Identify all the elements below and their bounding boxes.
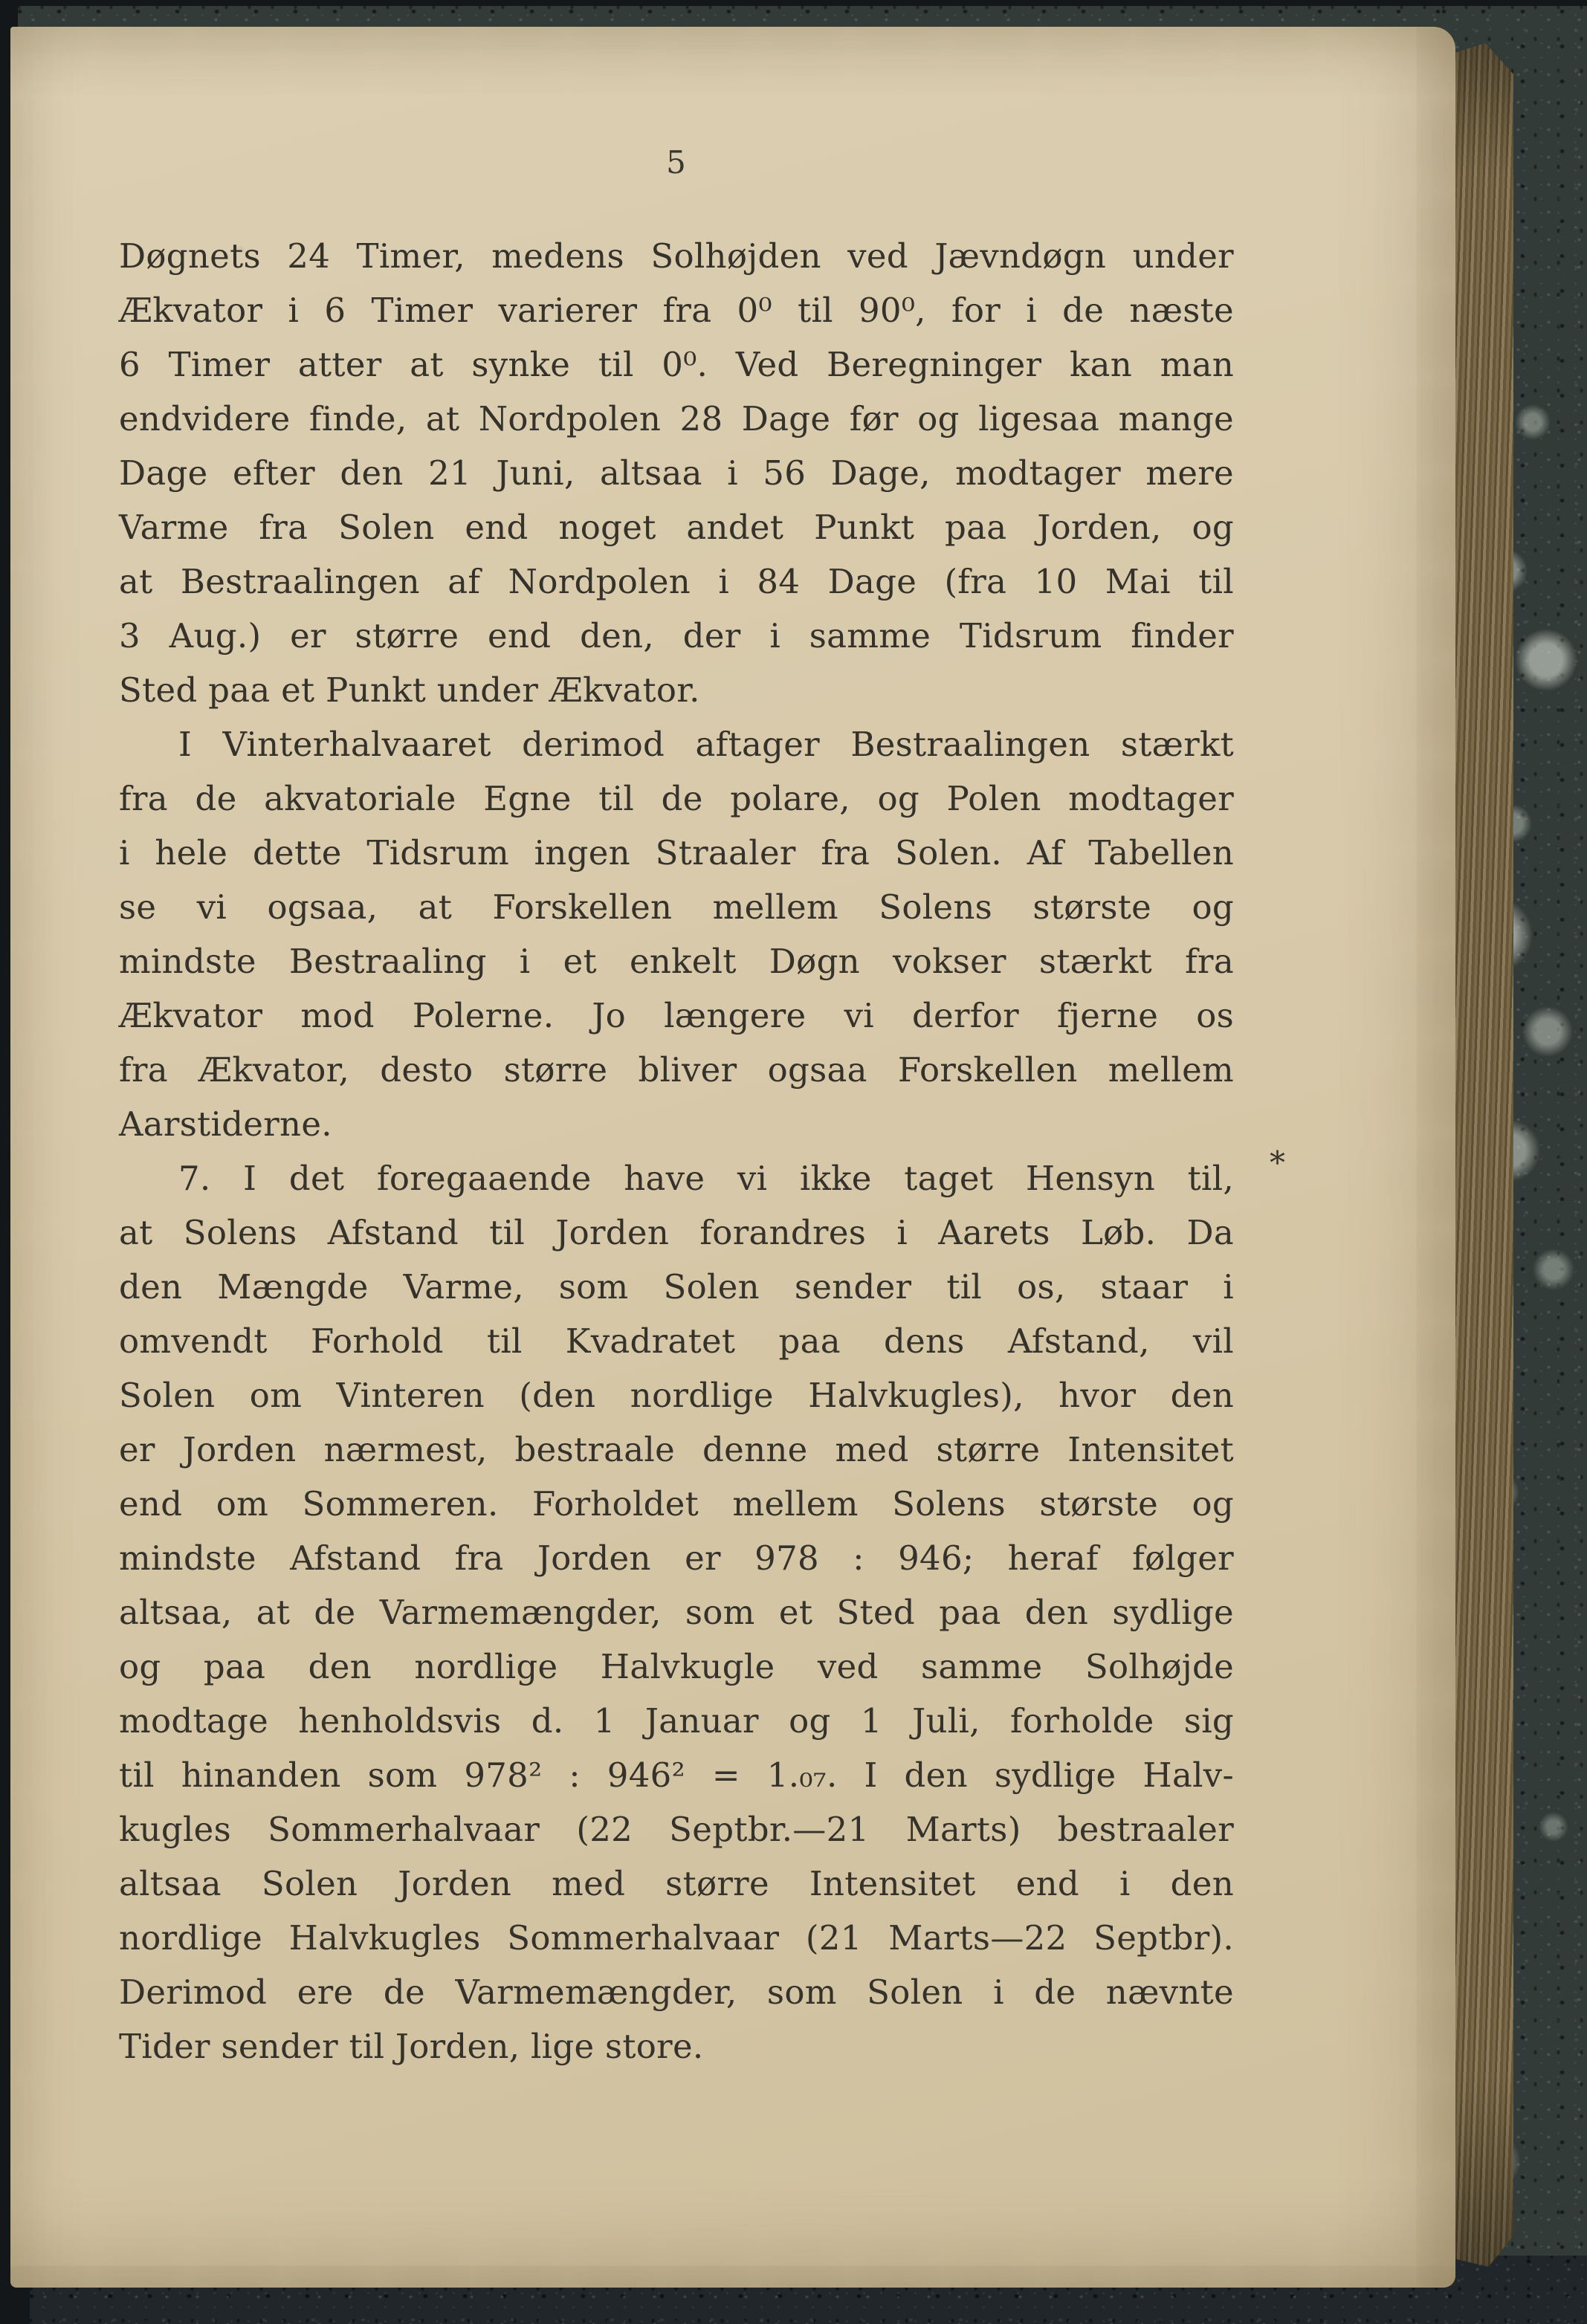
- text-line: den Mængde Varme, som Solen sender til o…: [119, 1260, 1234, 1314]
- text-line: 7. I det foregaaende have vi ikke taget …: [119, 1151, 1234, 1205]
- text-line: Ækvator mod Polerne. Jo længere vi derfo…: [119, 988, 1234, 1043]
- text-line: fra de akvatoriale Egne til de polare, o…: [119, 771, 1234, 826]
- text-line: end om Sommeren. Forholdet mellem Solens…: [119, 1477, 1234, 1531]
- text-line: Ækvator i 6 Timer varierer fra 0⁰ til 90…: [119, 283, 1234, 337]
- text-line: altsaa Solen Jorden med større Intensite…: [119, 1857, 1234, 1911]
- text-line: Solen om Vinteren (den nordlige Halvkugl…: [119, 1368, 1234, 1422]
- text-line: til hinanden som 978² : 946² = 1.₀₇. I d…: [119, 1748, 1234, 1802]
- text-line: Tider sender til Jorden, lige store.: [119, 2019, 1234, 2074]
- text-line: Sted paa et Punkt under Ækvator.: [119, 663, 1234, 717]
- text-line: 3 Aug.) er større end den, der i samme T…: [119, 609, 1234, 663]
- text-line: endvidere finde, at Nordpolen 28 Dage fø…: [119, 392, 1234, 446]
- text-line: I Vinterhalvaaret derimod aftager Bestra…: [119, 717, 1234, 771]
- text-line: mindste Bestraaling i et enkelt Døgn vok…: [119, 934, 1234, 988]
- text-line: Derimod ere de Varmemængder, som Solen i…: [119, 1965, 1234, 2019]
- text-line: 6 Timer atter at synke til 0⁰. Ved Bereg…: [119, 337, 1234, 392]
- page-number: 5: [119, 144, 1234, 181]
- text-line: at Bestraalingen af Nordpolen i 84 Dage …: [119, 554, 1234, 609]
- book-scan: 5 Døgnets 24 Timer, medens Solhøjden ved…: [0, 0, 1587, 2324]
- text-line: altsaa, at de Varmemængder, som et Sted …: [119, 1585, 1234, 1640]
- page-edge-stack: [1451, 43, 1513, 2276]
- text-line: kugles Sommerhalvaar (22 Septbr.—21 Mart…: [119, 1802, 1234, 1857]
- text-line: Døgnets 24 Timer, medens Solhøjden ved J…: [119, 229, 1234, 283]
- text-line: nordlige Halvkugles Sommerhalvaar (21 Ma…: [119, 1911, 1234, 1965]
- text-line: se vi ogsaa, at Forskellen mellem Solens…: [119, 880, 1234, 934]
- text-line: omvendt Forhold til Kvadratet paa dens A…: [119, 1314, 1234, 1368]
- text-line: mindste Afstand fra Jorden er 978 : 946;…: [119, 1531, 1234, 1585]
- text-line: Dage efter den 21 Juni, altsaa i 56 Dage…: [119, 446, 1234, 500]
- margin-asterisk: *: [1270, 1145, 1285, 1181]
- text-line: Aarstiderne.: [119, 1097, 1234, 1151]
- text-line: at Solens Afstand til Jorden forandres i…: [119, 1205, 1234, 1260]
- text-line: er Jorden nærmest, bestraale denne med s…: [119, 1422, 1234, 1477]
- text-block: Døgnets 24 Timer, medens Solhøjden ved J…: [119, 229, 1234, 2074]
- text-line: Varme fra Solen end noget andet Punkt pa…: [119, 500, 1234, 554]
- text-line: i hele dette Tidsrum ingen Straaler fra …: [119, 826, 1234, 880]
- text-line: modtage henholdsvis d. 1 Januar og 1 Jul…: [119, 1694, 1234, 1748]
- text-line: og paa den nordlige Halvkugle ved samme …: [119, 1640, 1234, 1694]
- text-line: fra Ækvator, desto større bliver ogsaa F…: [119, 1043, 1234, 1097]
- book-page: 5 Døgnets 24 Timer, medens Solhøjden ved…: [10, 27, 1455, 2288]
